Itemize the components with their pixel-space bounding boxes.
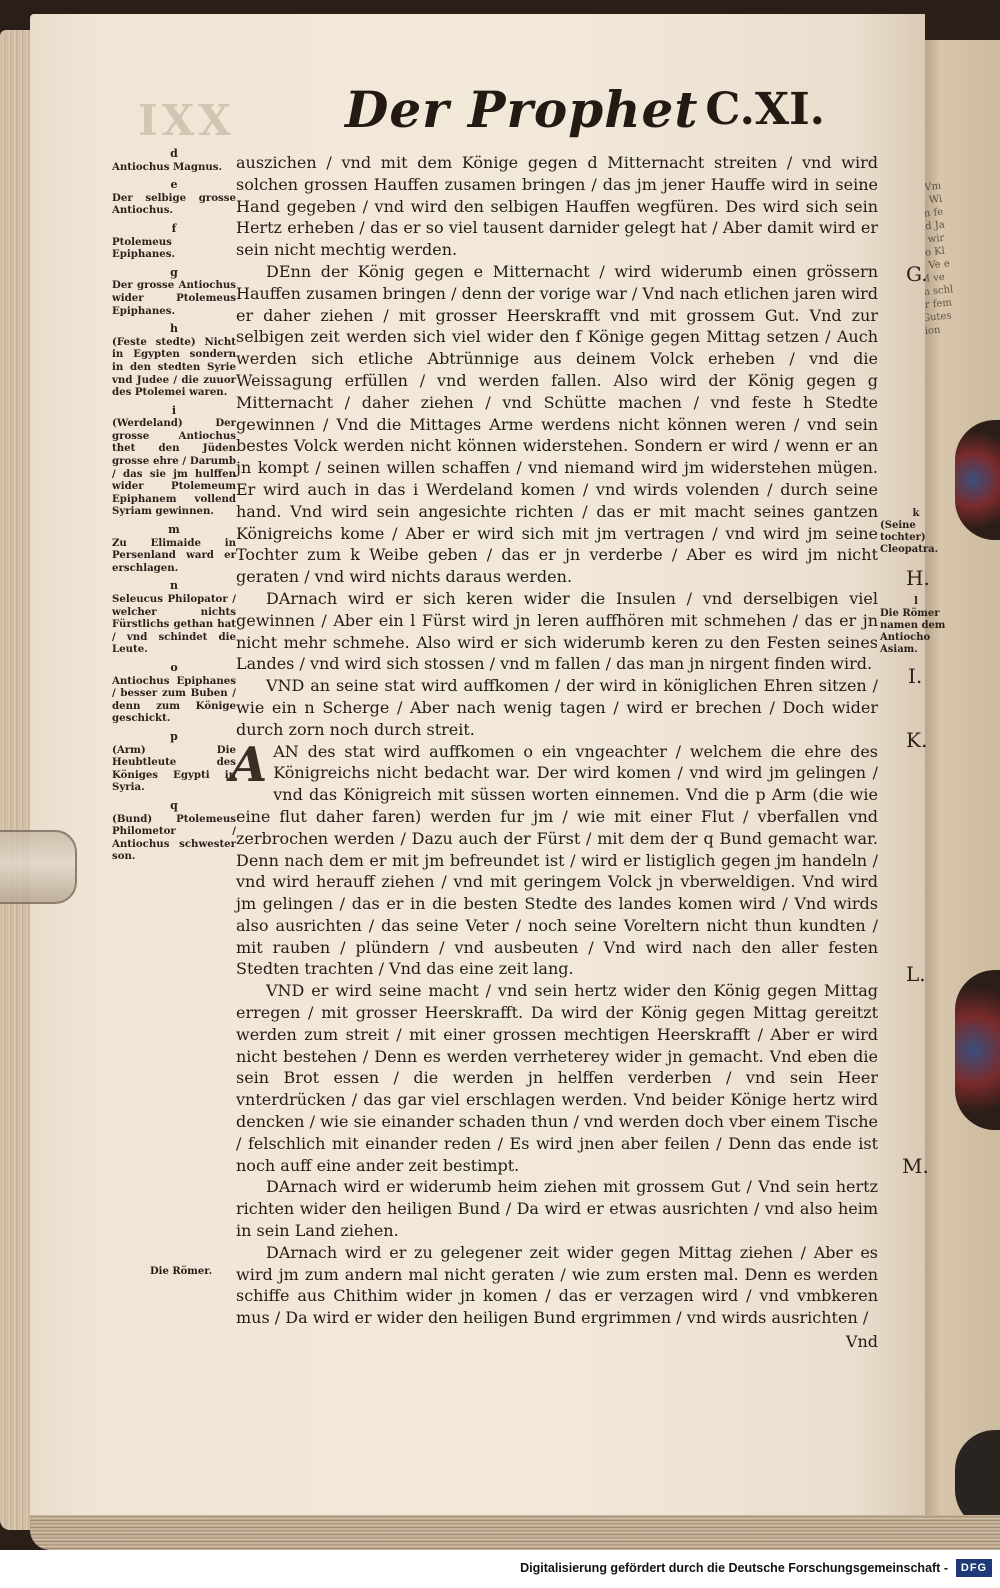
note-marker: k [880, 508, 952, 520]
note-marker: m [112, 524, 236, 537]
show-through-text: IXX [138, 96, 235, 145]
note-marker: d [112, 148, 236, 161]
note-marker: p [112, 731, 236, 744]
page-edges-bottom [30, 1515, 1000, 1550]
dfg-logo: DFG [956, 1559, 992, 1577]
right-page-fragment: aber eine Vmt ist jn die Wir jn Vortan f… [925, 179, 1000, 1330]
note-marker: e [112, 179, 236, 192]
section-letter: H. [906, 572, 930, 584]
paragraph: DArnach wird er zu gelegener zeit wider … [236, 1242, 878, 1329]
paragraph: AN des stat wird auffkomen o ein vngeach… [236, 741, 878, 981]
note-text: (Werdeland) Der grosse Antiochus thet de… [112, 417, 236, 518]
note-marker: i [112, 405, 236, 418]
paragraph: DEnn der König gegen e Mitternacht / wir… [236, 261, 878, 588]
note-text: Ptolemeus Epiphanes. [112, 236, 236, 261]
illuminated-initial-middle [955, 970, 1000, 1130]
margin-note: oAntiochus Epiphanes / besser zum Buben … [112, 662, 236, 725]
note-text: (Seine tochter) Cleopatra. [880, 520, 952, 556]
note-text: Zu Elimaide in Persenland ward er erschl… [112, 537, 236, 575]
note-marker: l [880, 596, 952, 608]
note-marker: n [112, 580, 236, 593]
note-text: Die Römer namen dem Antiocho Asiam. [880, 608, 952, 656]
margin-note: k (Seine tochter) Cleopatra. [880, 508, 952, 556]
main-text-column: auszichen / vnd mit dem Könige gegen d M… [236, 152, 878, 1353]
note-text: Antiochus Epiphanes / besser zum Buben /… [112, 675, 236, 725]
paragraph: VND er wird seine macht / vnd sein hertz… [236, 980, 878, 1176]
running-head: Der Prophet C.XI. [345, 80, 825, 150]
page-title: Der Prophet [345, 80, 698, 139]
section-letter: K. [906, 734, 927, 746]
note-marker: q [112, 800, 236, 813]
margin-note: gDer grosse Antiochus wider Ptolemeus Ep… [112, 267, 236, 317]
margin-note-roemer: Die Römer. [150, 1266, 212, 1277]
section-letter: L. [906, 968, 926, 980]
margin-note: i(Werdeland) Der grosse Antiochus thet d… [112, 405, 236, 518]
note-marker: h [112, 323, 236, 336]
margin-note: dAntiochus Magnus. [112, 148, 236, 173]
note-marker: g [112, 267, 236, 280]
page-edges-left [0, 30, 34, 1530]
book-scan: aber eine Vmt ist jn die Wir jn Vortan f… [0, 0, 1000, 1550]
footer-bar: Digitalisierung gefördert durch die Deut… [0, 1550, 1000, 1588]
left-margin-notes: dAntiochus Magnus. eDer selbige grosse A… [112, 148, 236, 869]
margin-note: mZu Elimaide in Persenland ward er ersch… [112, 524, 236, 574]
note-text: Seleucus Philopator / welcher nichts Für… [112, 593, 236, 656]
margin-note: eDer selbige grosse Antiochus. [112, 179, 236, 217]
margin-note: q(Bund) Ptolemeus Philometor / Antiochus… [112, 800, 236, 863]
illuminated-initial-top [955, 420, 1000, 540]
note-marker: f [112, 223, 236, 236]
paragraph: DArnach wird er widerumb heim ziehen mit… [236, 1176, 878, 1241]
note-text: Der grosse Antiochus wider Ptolemeus Epi… [112, 279, 236, 317]
section-letter: I. [908, 670, 922, 682]
catchword: Vnd [236, 1331, 878, 1353]
note-text: Antiochus Magnus. [112, 161, 236, 174]
bookmark-ribbon [0, 830, 77, 904]
note-text: (Arm) Die Heubtleute des Königes Egypti … [112, 744, 236, 794]
margin-note: h(Feste stedte) Nicht in Egypten sondern… [112, 323, 236, 399]
folio-number: C.XI. [705, 84, 825, 135]
note-text: (Feste stedte) Nicht in Egypten sondern … [112, 336, 236, 399]
margin-note: nSeleucus Philopator / welcher nichts Fü… [112, 580, 236, 656]
margin-note: fPtolemeus Epiphanes. [112, 223, 236, 261]
right-page-curl: aber eine Vmt ist jn die Wir jn Vortan f… [925, 40, 1000, 1530]
paragraph: DArnach wird er sich keren wider die Ins… [236, 588, 878, 675]
section-letter: G. [906, 268, 928, 280]
margin-note: l Die Römer namen dem Antiocho Asiam. [880, 596, 952, 656]
note-text: Der selbige grosse Antiochus. [112, 192, 236, 217]
funding-credit: Digitalisierung gefördert durch die Deut… [520, 1561, 948, 1575]
paragraph-with-initial: A AN des stat wird auffkomen o ein vngea… [236, 741, 878, 981]
note-text: (Bund) Ptolemeus Philometor / Antiochus … [112, 813, 236, 863]
drop-initial: A [230, 743, 267, 787]
paragraph: auszichen / vnd mit dem Könige gegen d M… [236, 152, 878, 261]
paragraph: VND an seine stat wird auffkomen / der w… [236, 675, 878, 740]
note-marker: o [112, 662, 236, 675]
margin-note: p(Arm) Die Heubtleute des Königes Egypti… [112, 731, 236, 794]
section-letter: M. [902, 1160, 929, 1172]
